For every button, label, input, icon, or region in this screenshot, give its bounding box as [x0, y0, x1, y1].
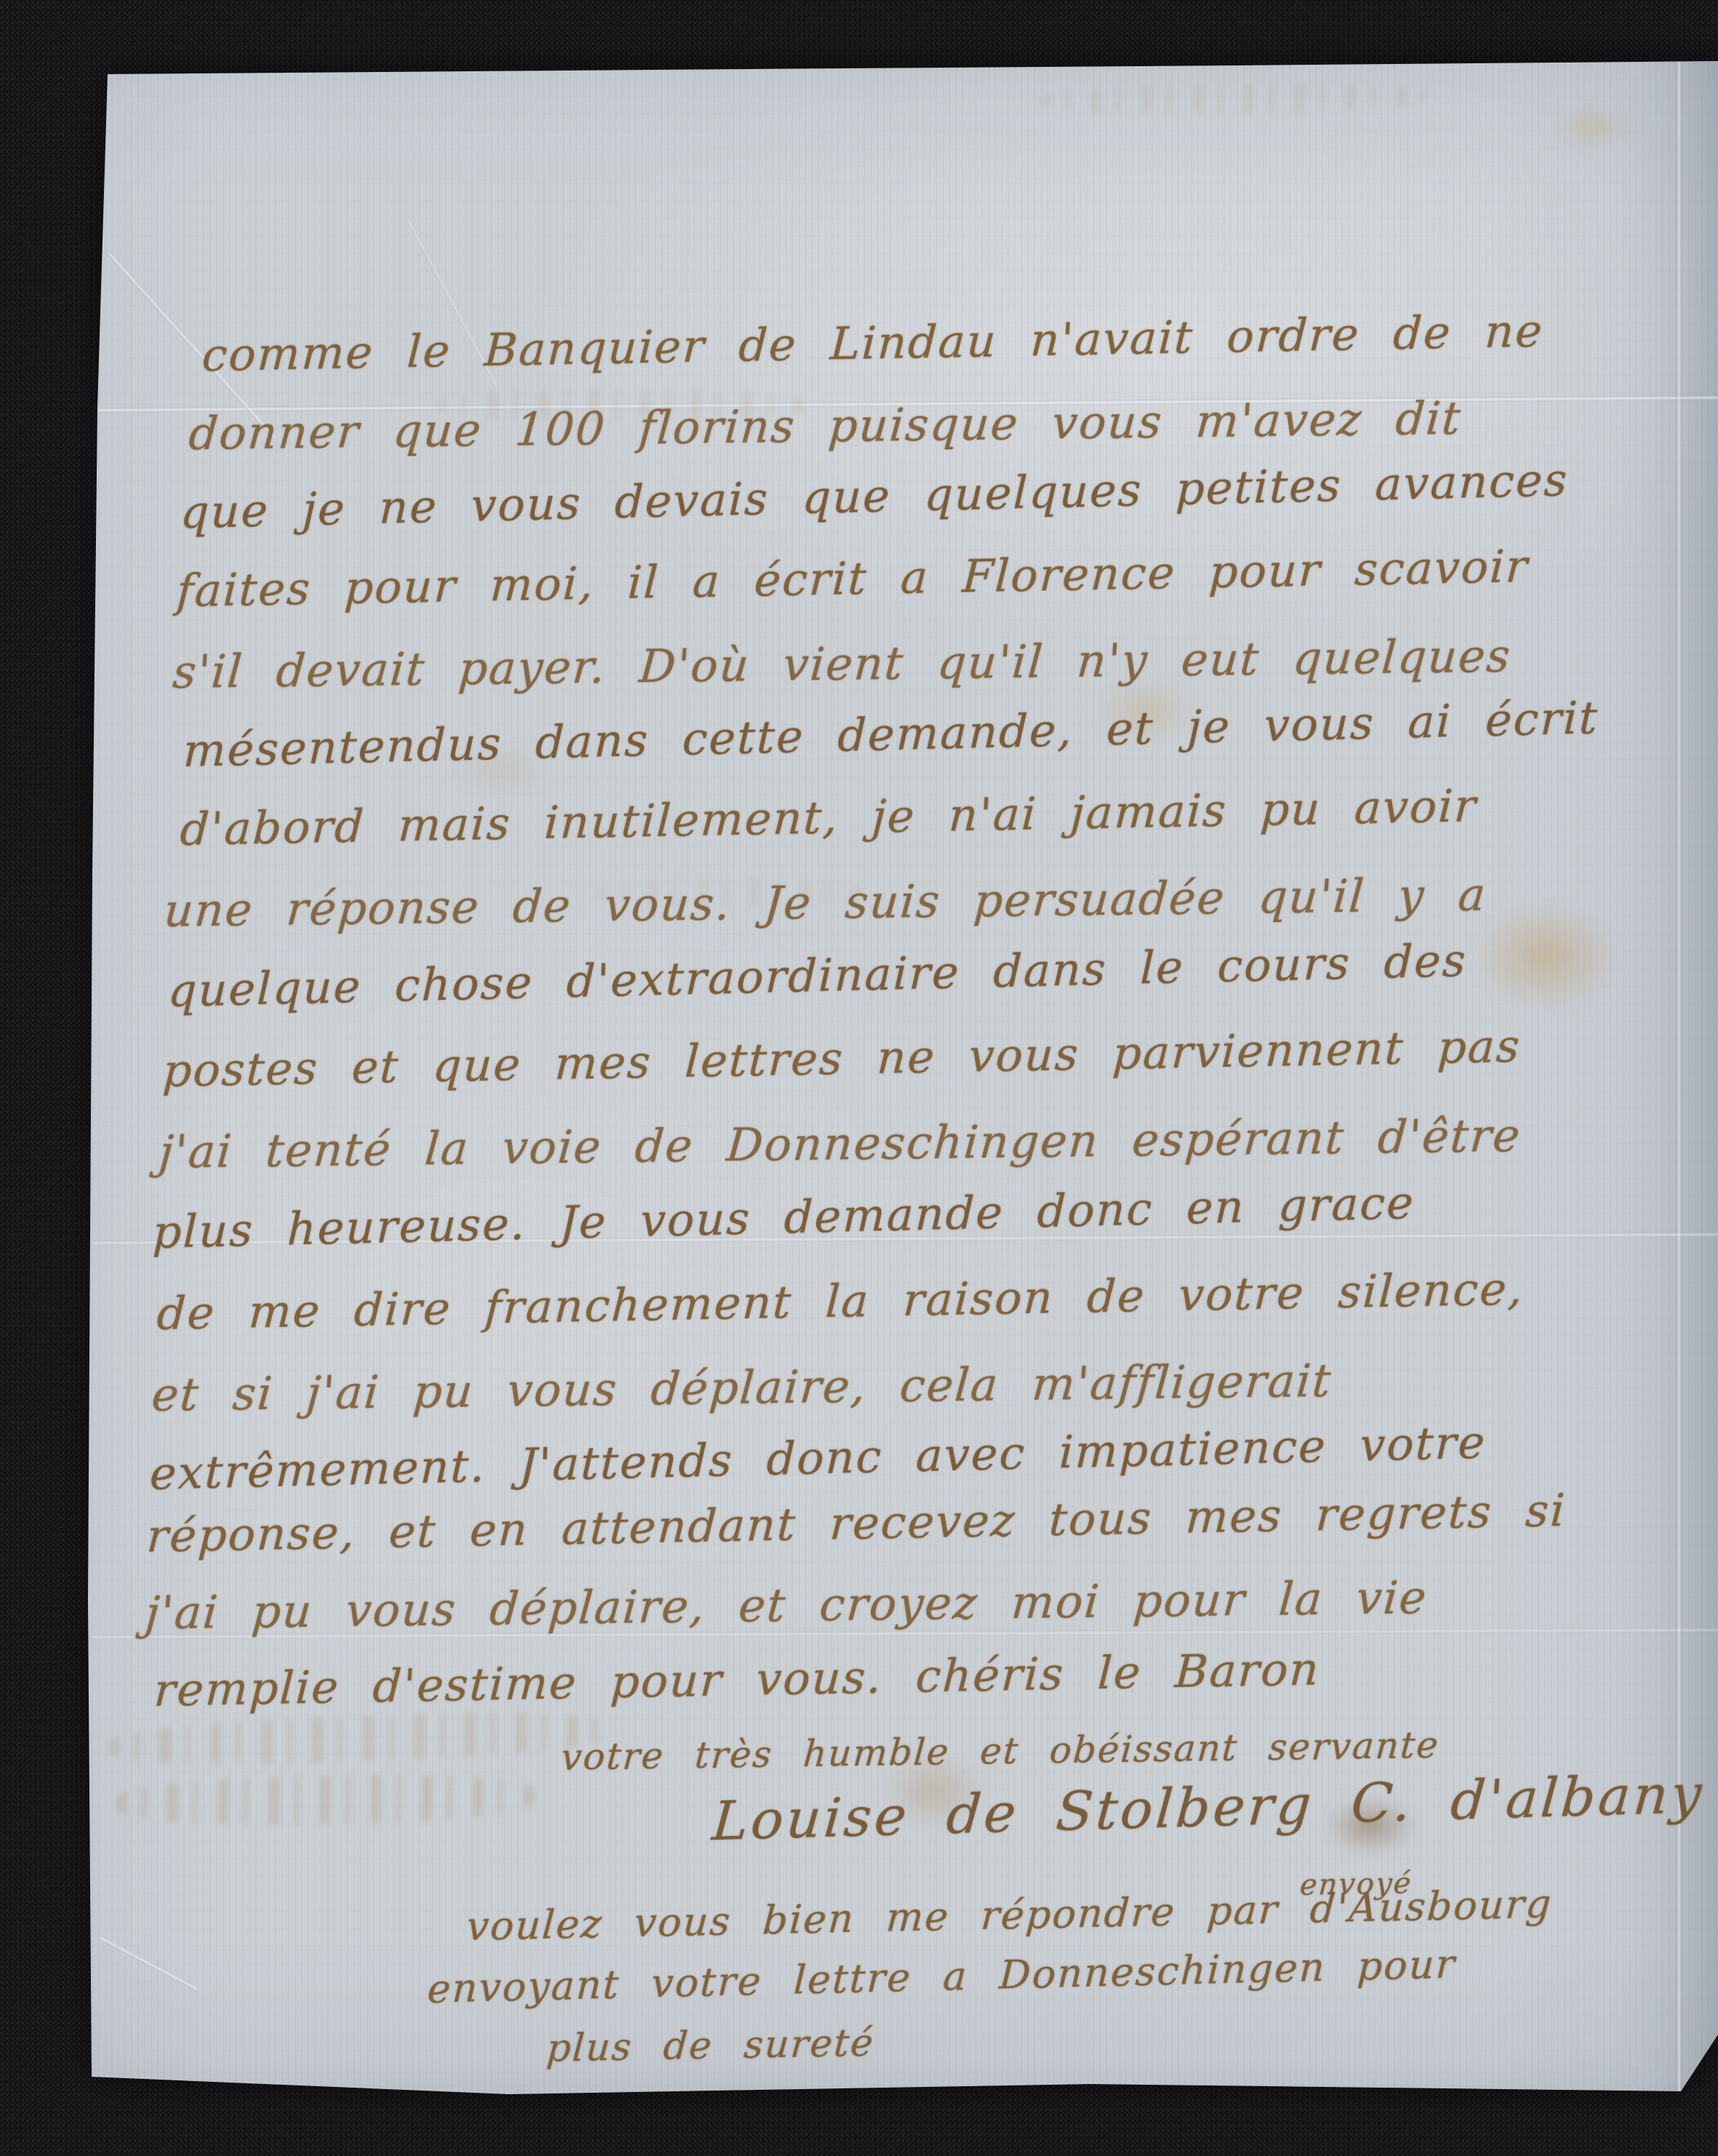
- letter-line-1: comme le Banquier de Lindau n'avait ordr…: [201, 304, 1545, 382]
- letter-line-4: faites pour moi, il a écrit a Florence p…: [175, 540, 1530, 617]
- letter-line-12: plus heureuse. Je vous demande donc en g…: [152, 1176, 1416, 1259]
- letter-line-5: s'il devait payer. D'où vient qu'il n'y …: [171, 629, 1513, 699]
- letter-line-16: réponse, et en attendant recevez tous me…: [145, 1483, 1568, 1563]
- paper-shadow-wrap: comme le Banquier de Lindau n'avait ordr…: [0, 0, 1718, 2156]
- letter-line-2: donner que 100 florins puisque vous m'av…: [187, 392, 1464, 460]
- postscript-line-2: envoyant votre lettre a Donneschingen po…: [427, 1941, 1457, 2012]
- letter-line-15: extrêmement. J'attends donc avec impatie…: [149, 1416, 1487, 1500]
- letter-line-17: j'ai pu vous déplaire, et croyez moi pou…: [143, 1571, 1429, 1640]
- ink-bleedthrough-ghost-1: [108, 1707, 619, 1770]
- ink-bleedthrough-ghost-4: [1040, 82, 1432, 116]
- stain-top-right: [1556, 102, 1629, 153]
- letter-page: comme le Banquier de Lindau n'avait ordr…: [0, 0, 1718, 2156]
- letter-line-6: mésentendus dans cette demande, et je vo…: [182, 691, 1599, 777]
- letter-line-9: quelque chose d'extraordinaire dans le c…: [167, 934, 1468, 1017]
- letter-line-18: remplie d'estime pour vous. chéris le Ba…: [153, 1643, 1321, 1717]
- postscript-line-3: plus de sureté: [545, 2021, 876, 2071]
- signature: Louise de Stolberg C. d'albany: [710, 1763, 1707, 1853]
- letter-line-8: une réponse de vous. Je suis persuadée q…: [162, 868, 1488, 937]
- letter-line-14: et si j'ai pu vous déplaire, cela m'affl…: [150, 1354, 1333, 1422]
- ink-bleedthrough-ghost-2: [116, 1772, 538, 1827]
- letter-line-10: postes et que mes lettres ne vous parvie…: [161, 1019, 1522, 1097]
- scanned-letter-photo: comme le Banquier de Lindau n'avait ordr…: [0, 0, 1718, 2156]
- postscript-line-1: voulez vous bien me répondre par d'Ausbo…: [465, 1881, 1554, 1949]
- ink-stain-right-middle: [1469, 902, 1621, 1011]
- letter-line-11: j'ai tenté la voie de Donneschingen espé…: [157, 1109, 1523, 1179]
- paper-crack-bottom-left: [100, 1937, 197, 1991]
- letter-line-3: que je ne vous devais que quelques petit…: [180, 453, 1569, 539]
- letter-line-13: de me dire franchement la raison de votr…: [156, 1262, 1525, 1341]
- valediction-line: votre très humble et obéissant servante: [560, 1724, 1441, 1779]
- letter-line-7: d'abord mais inutilement, je n'ai jamais…: [179, 779, 1479, 856]
